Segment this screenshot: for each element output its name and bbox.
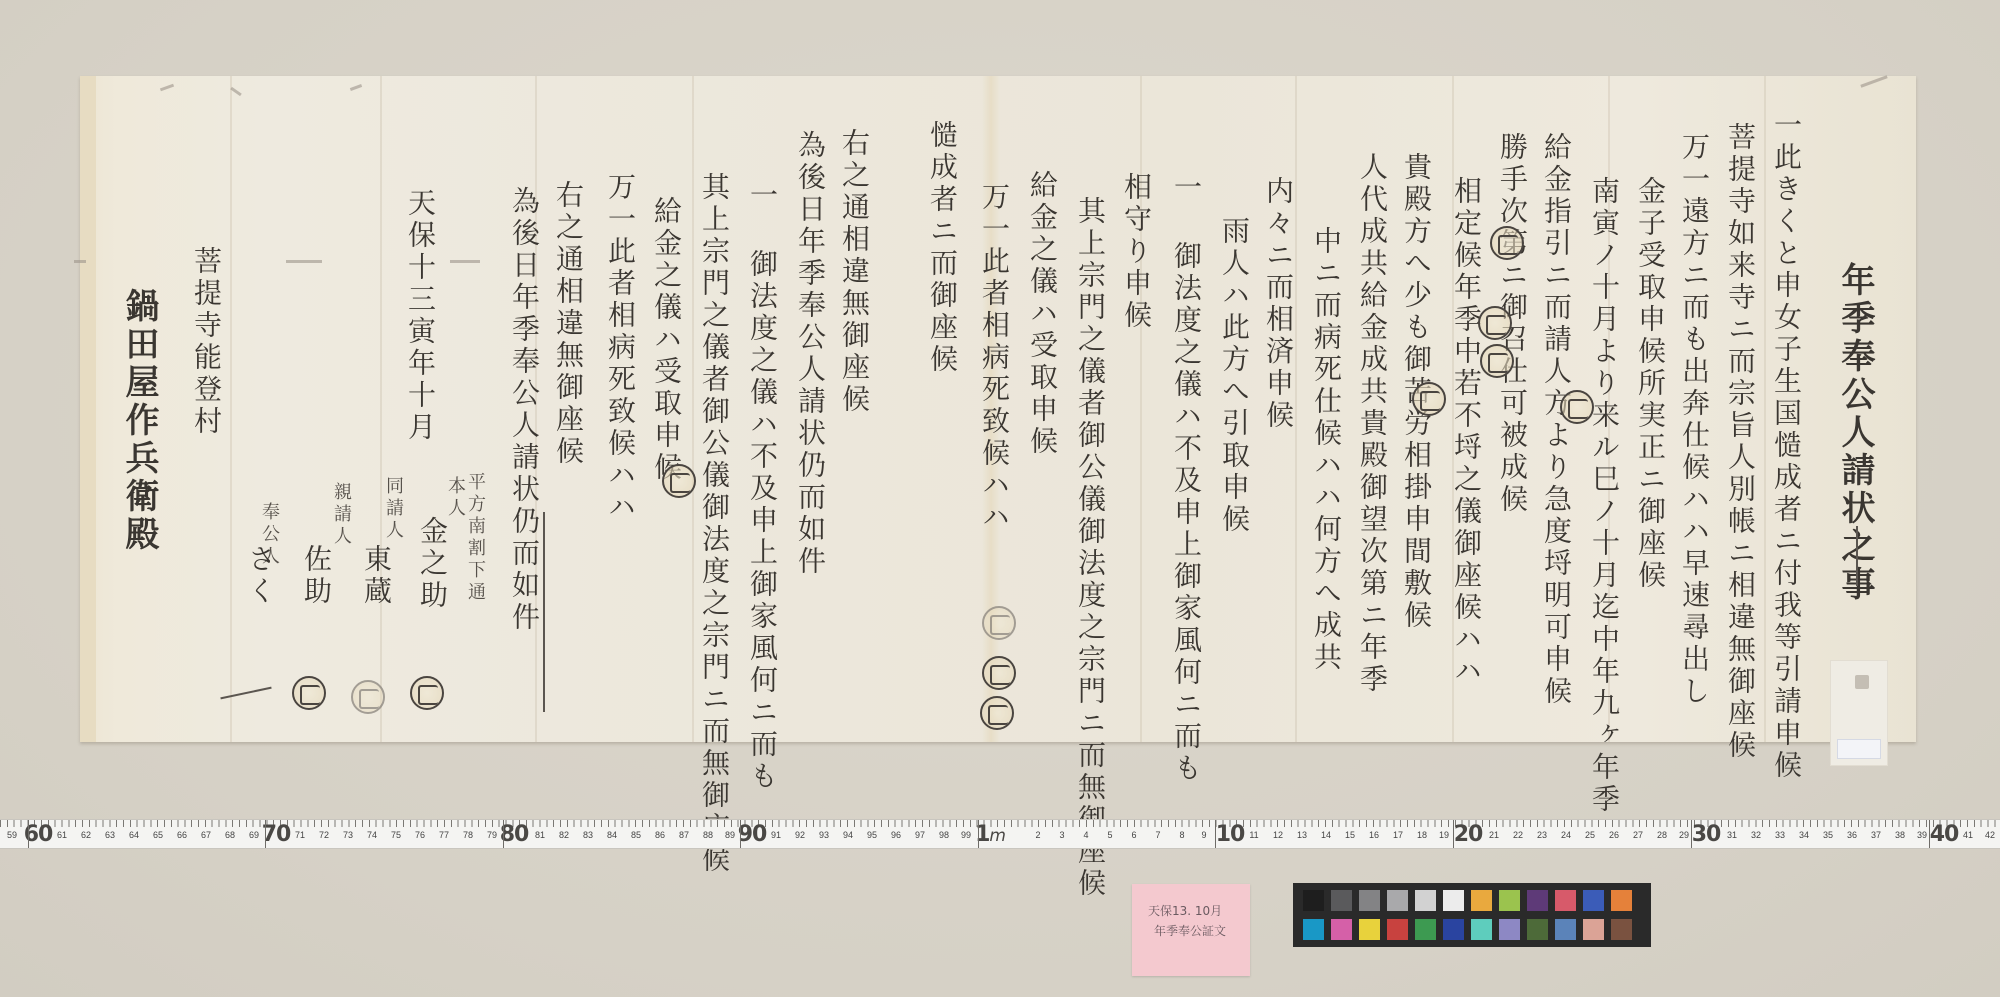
text-column: 万一遠方ニ而も出奔仕候ハハ早速尋出し [1680,132,1708,708]
title-rule [1856,526,1858,586]
ruler-label: 65 [153,830,163,840]
note-date: 天保13. 10月 [1148,902,1222,919]
signatory-location: 平方南割下通 [466,472,484,604]
signatory-role: 同請人 [384,476,402,542]
tab-mark [1855,675,1869,689]
ruler-major-label: 90 [738,822,767,847]
color-patch [1499,890,1520,911]
ruler-label: 18 [1417,830,1427,840]
text-column: 其上宗門之儀者御公儀御法度之宗門ニ而無御座候 [1076,196,1104,900]
ruler-major-tick [1453,820,1454,848]
document-paper: 年季奉公人請状之事 一此きくと申女子生国慥成者ニ付我等引請申候 菩提寺如来寺ニ而… [80,76,1916,742]
text-column: 為後日年季奉公人請状仍而如件 [796,130,824,578]
signatory-role: 本人 [446,476,464,520]
ruler-label: 25 [1585,830,1595,840]
ruler-label: 67 [201,830,211,840]
worm-hole [286,260,322,263]
worm-hole [350,84,362,91]
seal-stamp [1480,344,1514,378]
ruler-label: 15 [1345,830,1355,840]
text-column: 中ニ而病死仕候ハハ何方へ成共 [1312,226,1340,674]
signatory-name: さく [246,544,274,608]
ruler-label: 75 [391,830,401,840]
color-patch [1303,890,1324,911]
text-column: 人代成共給金成共貴殿御望次第ニ年季 [1358,152,1386,696]
text-column: 慥成者ニ而御座候 [928,120,956,376]
ruler-label: 28 [1657,830,1667,840]
ruler-label: 26 [1609,830,1619,840]
ruler-label: 98 [939,830,949,840]
ruler-major-label: 40 [1930,822,1959,847]
ruler-label: 68 [225,830,235,840]
ruler-label: 33 [1775,830,1785,840]
ruler-label: 84 [607,830,617,840]
ruler-major-tick [740,820,741,848]
seal-stamp [1560,390,1594,424]
color-patch [1611,919,1632,940]
tab-label-box [1837,739,1881,759]
color-patch [1359,919,1380,940]
color-patch [1415,919,1436,940]
color-patch [1527,919,1548,940]
worm-hole [1860,75,1887,87]
ruler-label: 61 [57,830,67,840]
text-column: 菩提寺如来寺ニ而宗旨人別帳ニ相違無御座候 [1726,122,1754,762]
fold-line [380,76,382,742]
ruler-label: 23 [1537,830,1547,840]
ruler-label: 16 [1369,830,1379,840]
color-patch [1331,919,1352,940]
ruler-label: 78 [463,830,473,840]
ruler-label: 29 [1679,830,1689,840]
color-patch [1471,890,1492,911]
color-patch [1331,890,1352,911]
color-patch [1499,919,1520,940]
text-column: 一此きくと申女子生国慥成者ニ付我等引請申候 [1772,110,1800,782]
ruler-label: 99 [961,830,971,840]
note-title: 年季奉公証文 [1154,922,1226,939]
ruler-label: 83 [583,830,593,840]
color-patch [1611,890,1632,911]
ruler-label: 97 [915,830,925,840]
color-patch [1555,919,1576,940]
ruler-label: 3 [1059,830,1064,840]
text-column: 給金之儀ハ受取申候 [1028,170,1056,458]
ruler-label: 87 [679,830,689,840]
color-patch [1303,919,1324,940]
ruler-label: 94 [843,830,853,840]
ruler-label: 64 [129,830,139,840]
ruler-major-tick [503,820,504,848]
text-column: 一 御法度之儀ハ不及申上御家風何ニ而も [1172,172,1200,785]
seal-stamp [980,696,1014,730]
catalog-note: 天保13. 10月 年季奉公証文 [1132,884,1250,976]
ruler-label: 66 [177,830,187,840]
ruler-label: 82 [559,830,569,840]
ruler-label: 6 [1131,830,1136,840]
text-column: 相定候年季中若不埒之儀御座候ハハ [1452,176,1480,688]
measuring-ruler: 59 60 61 62 63 64 65 66 67 68 69 70 71 7… [0,819,2000,849]
color-patch [1583,919,1604,940]
ruler-label: 39 [1917,830,1927,840]
color-patch [1387,890,1408,911]
ruler-label: 35 [1823,830,1833,840]
ruler-label: 71 [295,830,305,840]
text-column: 給金之儀ハ受取申候 [652,196,680,484]
ruler-label: 96 [891,830,901,840]
text-column: 雨人ハ此方へ引取申候 [1220,216,1248,536]
ruler-label: 31 [1727,830,1737,840]
color-patch [1359,890,1380,911]
ruler-label: 73 [343,830,353,840]
ruler-label: 91 [771,830,781,840]
color-patch [1583,890,1604,911]
ruler-label: 37 [1871,830,1881,840]
ruler-label: 42 [1985,830,1995,840]
seal-stamp [410,676,444,710]
fold-line [692,76,694,742]
document-title: 年季奉公人請状之事 [1838,262,1872,604]
ruler-label: 95 [867,830,877,840]
ruler-major-tick [28,820,29,848]
text-column: 相守り申候 [1122,172,1150,332]
ruler-label: 63 [105,830,115,840]
seal-stamp [1412,382,1446,416]
ruler-label: 86 [655,830,665,840]
ruler-major-tick [1691,820,1692,848]
color-patch [1471,919,1492,940]
ruler-label: 92 [795,830,805,840]
fold-line [1295,76,1297,742]
ruler-label: 79 [487,830,497,840]
closing-rule [543,512,545,712]
ruler-major-label: 10 [1216,822,1245,847]
ruler-major-tick [1929,820,1930,848]
ruler-major-tick [1215,820,1216,848]
worm-hole [450,260,480,263]
addressee: 鍋田屋作兵衛殿 [122,288,156,554]
seal-stamp [662,464,696,498]
ruler-label: 76 [415,830,425,840]
worm-hole [160,84,174,92]
seal-stamp [982,656,1016,690]
worm-hole [74,260,86,263]
ruler-label: 4 [1083,830,1088,840]
document-date: 天保十三寅年十月 [406,188,434,444]
ruler-label: 24 [1561,830,1571,840]
ruler-label: 21 [1489,830,1499,840]
ruler-label: 5 [1107,830,1112,840]
ruler-label: 88 [703,830,713,840]
color-checker-card [1293,883,1651,947]
ruler-label: 77 [439,830,449,840]
ruler-label: 14 [1321,830,1331,840]
seal-stamp [982,606,1016,640]
seal-stamp [1490,226,1524,260]
ruler-label: 74 [367,830,377,840]
ruler-label: 32 [1751,830,1761,840]
ruler-major-tick [978,820,979,848]
signatory-name: 佐助 [302,544,330,608]
ruler-label: 59 [7,830,17,840]
fold-line [230,76,232,742]
ruler-label: 89 [725,830,735,840]
text-column: 万一此者相病死致候ハハ [980,182,1008,534]
fold-line [1764,76,1766,742]
ruler-major-label: 30 [1692,822,1721,847]
ruler-label: 62 [81,830,91,840]
ruler-label: 11 [1249,830,1258,840]
ruler-major-tick [265,820,266,848]
ruler-label: 72 [319,830,329,840]
color-patch [1443,919,1464,940]
ruler-label: 7 [1155,830,1160,840]
text-column: 其上宗門之儀者御公儀御法度之宗門ニ而無御座候 [700,172,728,876]
closing-formula: 為後日年季奉公人請状仍而如件 [510,186,538,634]
text-column: 右之通相違無御座候 [554,180,582,468]
text-column: 万一此者相病死致候ハハ [606,172,634,524]
signature-flourish [220,687,271,700]
ruler-label: 41 [1963,830,1973,840]
text-column: 内々ニ而相済申候 [1264,176,1292,432]
ruler-label: 22 [1513,830,1523,840]
ruler-label: 36 [1847,830,1857,840]
signatory-name: 東蔵 [362,544,390,608]
text-column: 金子受取申候所実正ニ御座候 [1636,176,1664,592]
color-patch [1555,890,1576,911]
ruler-label: 2 [1035,830,1040,840]
ruler-label: 13 [1297,830,1307,840]
ruler-major-label: 20 [1454,822,1483,847]
seal-stamp [292,676,326,710]
ruler-label: 9 [1201,830,1206,840]
signatory-name: 金之助 [418,516,446,612]
ruler-label: 85 [631,830,641,840]
ruler-label: 27 [1633,830,1643,840]
ruler-label: 93 [819,830,829,840]
text-column: 一 御法度之儀ハ不及申上御家風何ニ而も [748,180,776,793]
ruler-label: 38 [1895,830,1905,840]
ruler-label: 34 [1799,830,1809,840]
ruler-label: 17 [1393,830,1403,840]
color-patch [1387,919,1408,940]
color-patch [1443,890,1464,911]
addressee-temple: 菩提寺能登村 [192,246,220,438]
text-column: 南寅ノ十月より来ル巳ノ十月迄中年九ヶ年季 [1590,176,1618,816]
ruler-label: 81 [535,830,545,840]
signatory-role: 親請人 [332,482,350,548]
color-patch [1527,890,1548,911]
meter-unit: m [989,826,1005,846]
catalog-tab [1830,660,1888,766]
ruler-label: 69 [249,830,259,840]
text-column: 右之通相違無御座候 [840,128,868,416]
seal-stamp [1478,306,1512,340]
color-patch [1415,890,1436,911]
ruler-meter-label: 1m [975,822,1005,847]
ruler-label: 19 [1439,830,1449,840]
seal-stamp [351,680,385,714]
ruler-label: 12 [1273,830,1283,840]
ruler-label: 8 [1179,830,1184,840]
